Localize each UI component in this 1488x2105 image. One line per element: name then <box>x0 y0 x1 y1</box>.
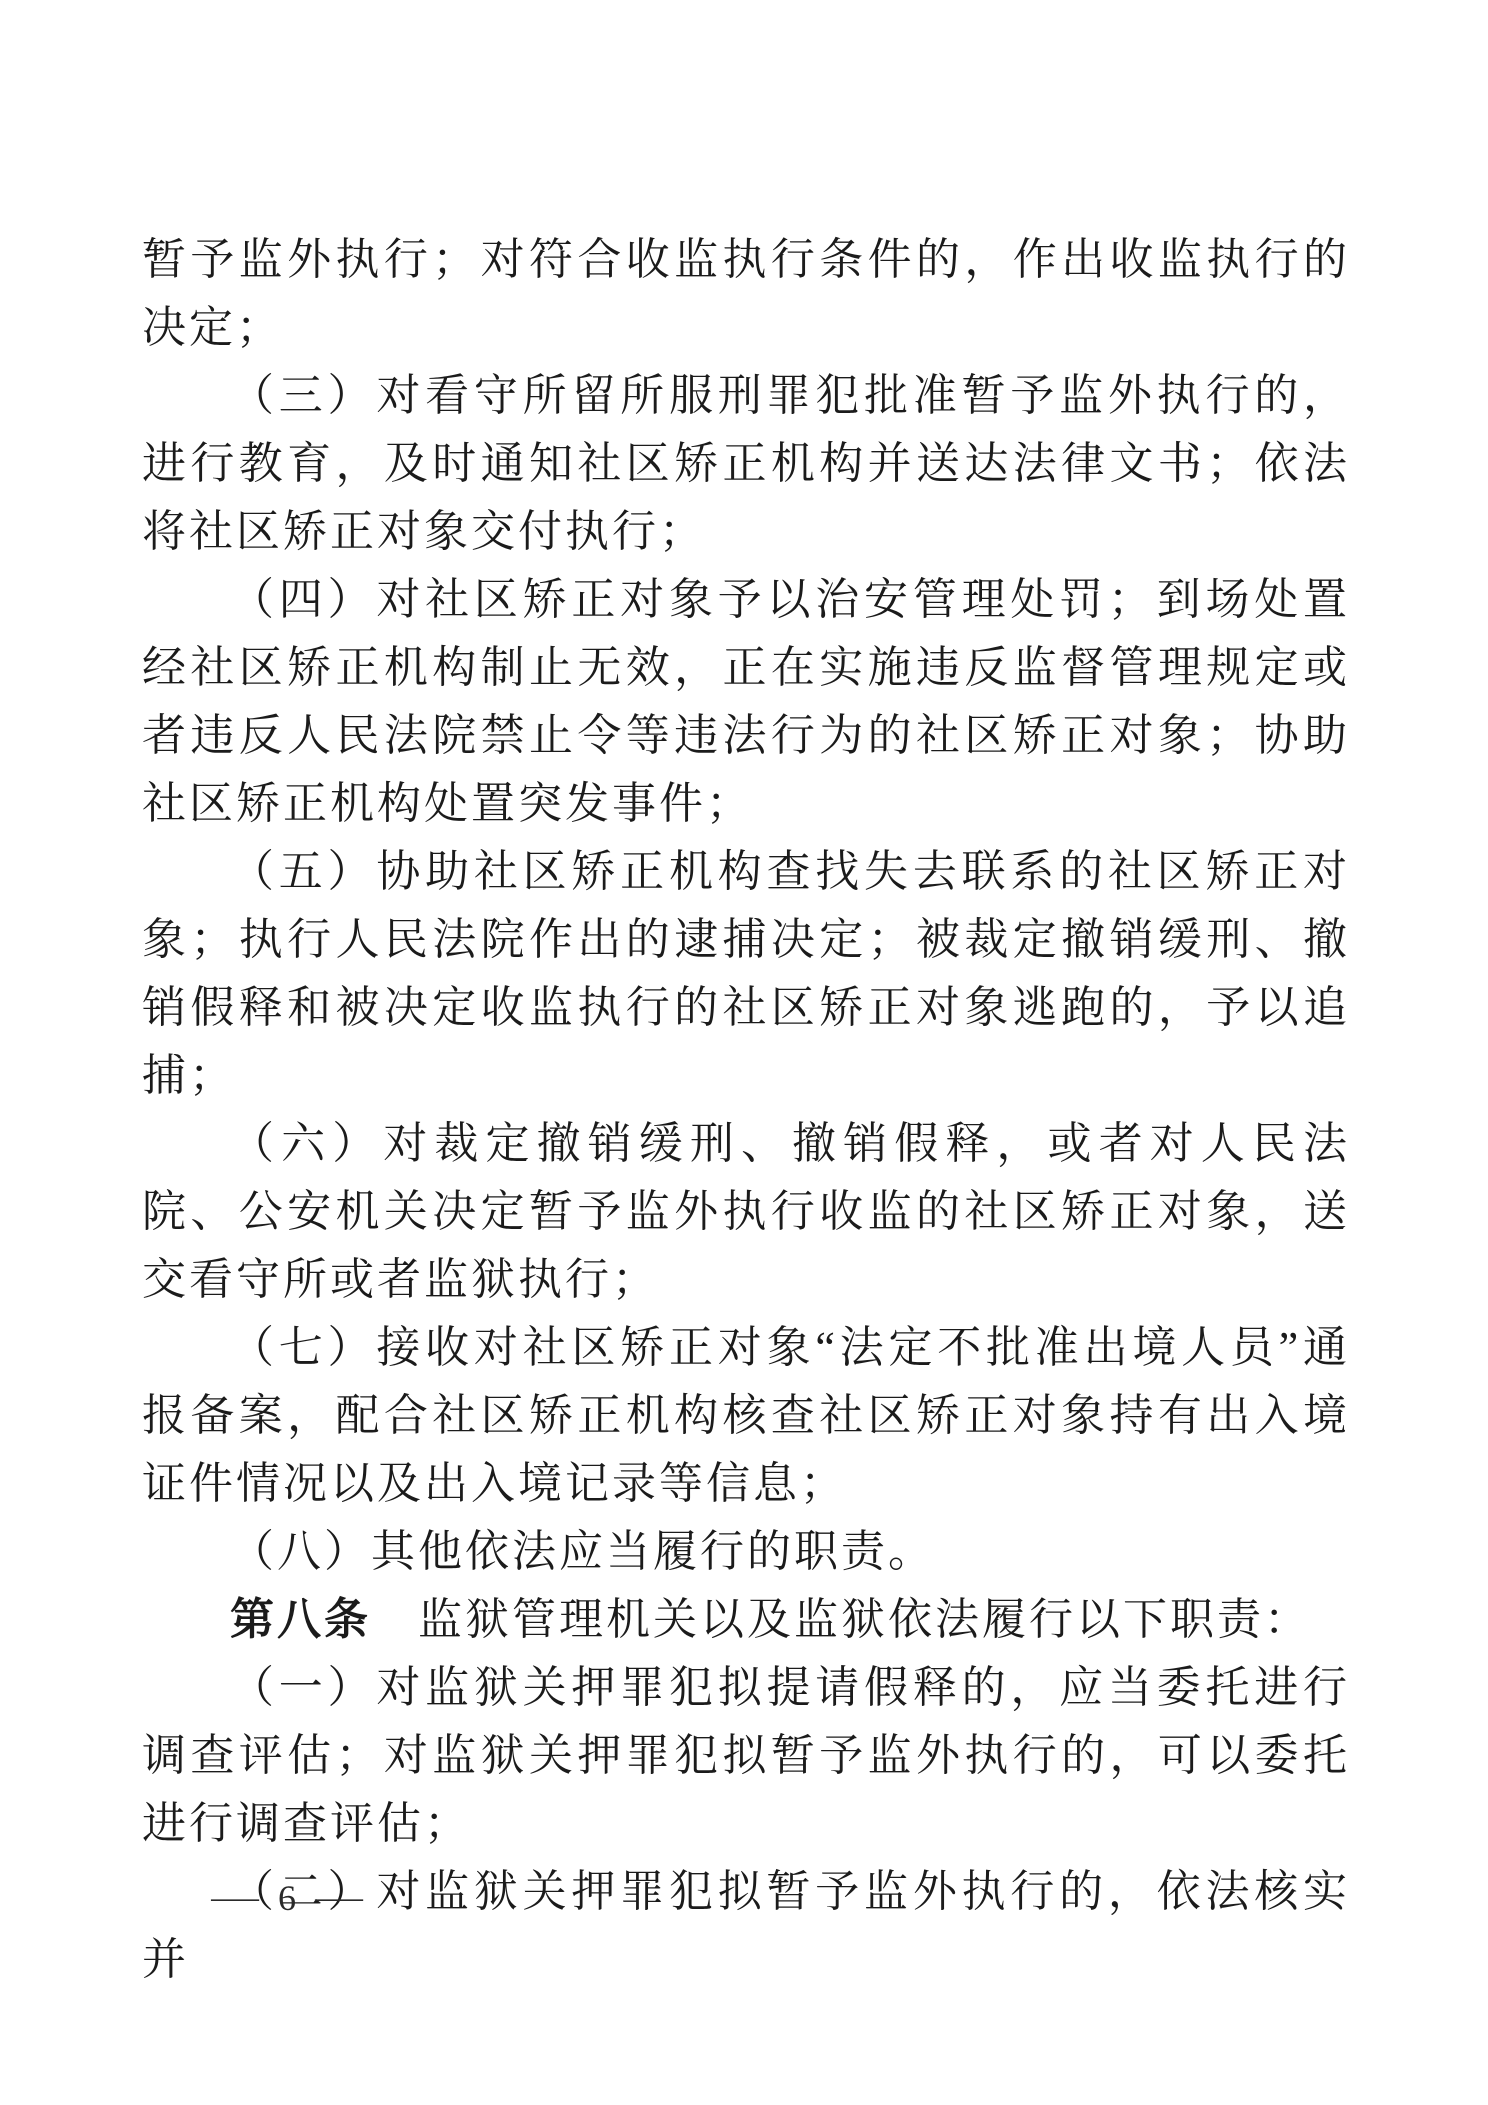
footer-dash-right: — <box>315 1878 363 1918</box>
paragraph: （七）接收对社区矫正对象“法定不批准出境人员”通报备案，配合社区矫正机构核查社区… <box>142 1314 1350 1518</box>
document-body: 暂予监外执行；对符合收监执行条件的，作出收监执行的决定；（三）对看守所留所服刑罪… <box>142 226 1350 1994</box>
document-page: 暂予监外执行；对符合收监执行条件的，作出收监执行的决定；（三）对看守所留所服刑罪… <box>0 0 1488 2105</box>
paragraph: （六）对裁定撤销缓刑、撤销假释，或者对人民法院、公安机关决定暂予监外执行收监的社… <box>142 1110 1350 1314</box>
paragraph: （八）其他依法应当履行的职责。 <box>142 1518 1350 1586</box>
article-number-label: 第八条 <box>230 1595 371 1644</box>
paragraph: （五）协助社区矫正机构查找失去联系的社区矫正对象；执行人民法院作出的逮捕决定；被… <box>142 838 1350 1110</box>
paragraph: （三）对看守所留所服刑罪犯批准暂予监外执行的，进行教育，及时通知社区矫正机构并送… <box>142 362 1350 566</box>
page-footer: — 6 — <box>218 1878 356 1918</box>
paragraph: 暂予监外执行；对符合收监执行条件的，作出收监执行的决定； <box>142 226 1350 362</box>
paragraph: （四）对社区矫正对象予以治安管理处罚；到场处置经社区矫正机构制止无效，正在实施违… <box>142 566 1350 838</box>
paragraph: （一）对监狱关押罪犯拟提请假释的，应当委托进行调查评估；对监狱关押罪犯拟暂予监外… <box>142 1654 1350 1858</box>
paragraph: 第八条 监狱管理机关以及监狱依法履行以下职责： <box>142 1586 1350 1654</box>
footer-dash-left: — <box>211 1878 259 1918</box>
footer-page-number: 6 <box>278 1878 296 1918</box>
